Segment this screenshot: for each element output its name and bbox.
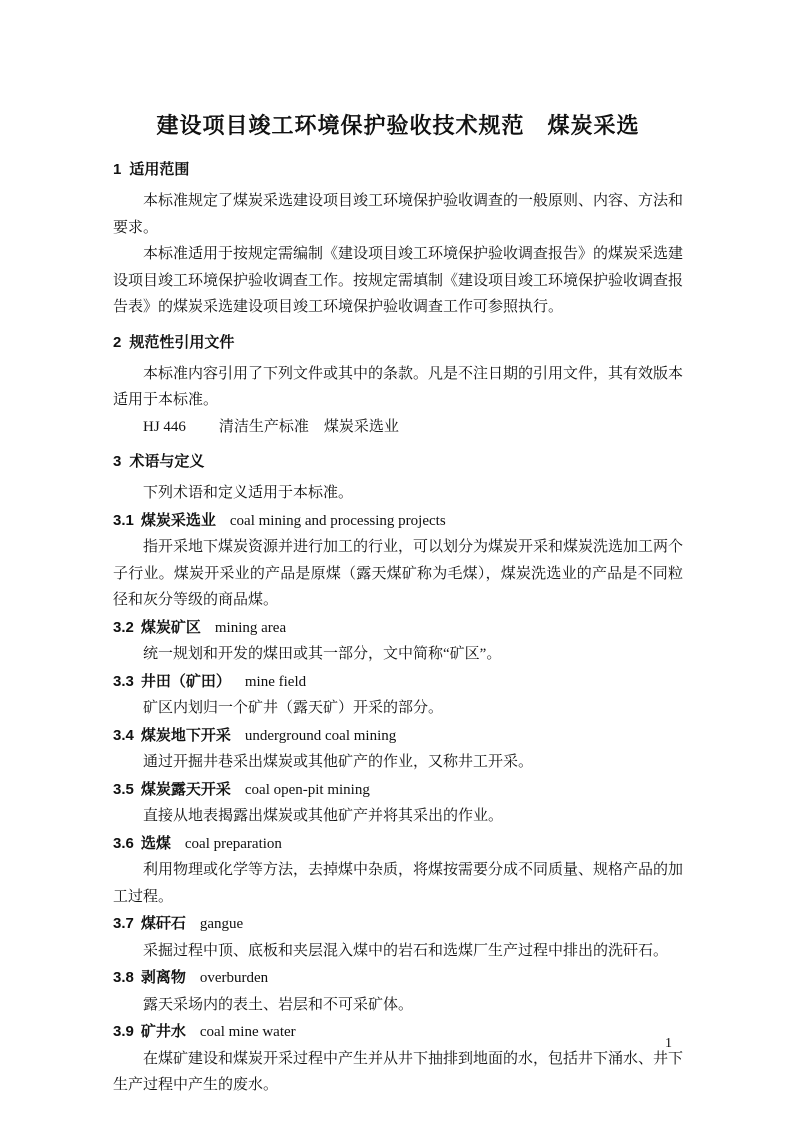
term-heading: 3.3井田（矿田）mine field bbox=[113, 669, 683, 696]
term-number: 3.9 bbox=[113, 1023, 134, 1040]
section-2-number: 2 bbox=[113, 334, 121, 351]
term-definition: 直接从地表揭露出煤炭或其他矿产并将其采出的作业。 bbox=[113, 803, 683, 830]
term-number: 3.4 bbox=[113, 727, 134, 744]
section-1-heading: 1适用范围 bbox=[113, 157, 683, 183]
term-definition: 利用物理或化学等方法，去掉煤中杂质，将煤按需要分成不同质量、规格产品的加工过程。 bbox=[113, 857, 683, 910]
term-en-label: overburden bbox=[200, 970, 268, 986]
reference-code: HJ 446 bbox=[143, 419, 186, 435]
term-definition: 采掘过程中顶、底板和夹层混入煤中的岩石和选煤厂生产过程中排出的洗矸石。 bbox=[113, 938, 683, 965]
term-number: 3.8 bbox=[113, 969, 134, 986]
term-definition: 统一规划和开发的煤田或其一部分，文中简称“矿区”。 bbox=[113, 641, 683, 668]
section-3-heading: 3术语与定义 bbox=[113, 449, 683, 475]
term-zh-label: 剥离物 bbox=[141, 969, 186, 986]
term-zh-label: 矿井水 bbox=[141, 1023, 186, 1040]
term-heading: 3.6选煤coal preparation bbox=[113, 831, 683, 858]
term-zh-label: 选煤 bbox=[141, 835, 171, 852]
reference-line: HJ 446清洁生产标准 煤炭采选业 bbox=[113, 414, 683, 441]
term-definition: 露天采场内的表土、岩层和不可采矿体。 bbox=[113, 992, 683, 1019]
reference-title: 清洁生产标准 煤炭采选业 bbox=[219, 419, 399, 435]
section-3-number: 3 bbox=[113, 453, 121, 470]
document-page: 建设项目竣工环境保护验收技术规范 煤炭采选 1适用范围 本标准规定了煤炭采选建设… bbox=[0, 0, 794, 1123]
term-zh-label: 煤炭露天开采 bbox=[141, 781, 231, 798]
term-definition: 指开采地下煤炭资源并进行加工的行业，可以划分为煤炭开采和煤炭洗选加工两个子行业。… bbox=[113, 534, 683, 614]
term-heading: 3.8剥离物overburden bbox=[113, 965, 683, 992]
document-content: 建设项目竣工环境保护验收技术规范 煤炭采选 1适用范围 本标准规定了煤炭采选建设… bbox=[113, 0, 683, 1099]
doc-title: 建设项目竣工环境保护验收技术规范 煤炭采选 bbox=[113, 112, 683, 140]
term-definition: 在煤矿建设和煤炭开采过程中产生并从井下抽排到地面的水，包括井下涌水、井下生产过程… bbox=[113, 1046, 683, 1099]
term-heading: 3.1煤炭采选业coal mining and processing proje… bbox=[113, 508, 683, 535]
page-number: 1 bbox=[665, 1036, 672, 1052]
term-definition: 矿区内划归一个矿井（露天矿）开采的部分。 bbox=[113, 695, 683, 722]
term-en-label: mine field bbox=[245, 674, 306, 690]
term-heading: 3.5煤炭露天开采coal open-pit mining bbox=[113, 777, 683, 804]
term-zh-label: 煤炭地下开采 bbox=[141, 727, 231, 744]
section-1-paragraph-1: 本标准规定了煤炭采选建设项目竣工环境保护验收调查的一般原则、内容、方法和要求。 bbox=[113, 188, 683, 241]
term-heading: 3.4煤炭地下开采underground coal mining bbox=[113, 723, 683, 750]
term-en-label: coal mine water bbox=[200, 1024, 296, 1040]
section-1-paragraph-2: 本标准适用于按规定需编制《建设项目竣工环境保护验收调查报告》的煤炭采选建设项目竣… bbox=[113, 241, 683, 321]
section-3-intro: 下列术语和定义适用于本标准。 bbox=[113, 480, 683, 507]
term-number: 3.5 bbox=[113, 781, 134, 798]
term-number: 3.1 bbox=[113, 512, 134, 529]
term-en-label: underground coal mining bbox=[245, 728, 396, 744]
term-en-label: mining area bbox=[215, 620, 286, 636]
term-zh-label: 煤矸石 bbox=[141, 915, 186, 932]
term-number: 3.7 bbox=[113, 915, 134, 932]
term-number: 3.2 bbox=[113, 619, 134, 636]
term-number: 3.3 bbox=[113, 673, 134, 690]
term-number: 3.6 bbox=[113, 835, 134, 852]
term-en-label: gangue bbox=[200, 916, 243, 932]
section-2-title: 规范性引用文件 bbox=[129, 334, 234, 351]
term-zh-label: 煤炭矿区 bbox=[141, 619, 201, 636]
term-heading: 3.7煤矸石gangue bbox=[113, 911, 683, 938]
section-3-title: 术语与定义 bbox=[129, 453, 204, 470]
term-definition: 通过开掘井巷采出煤炭或其他矿产的作业，又称井工开采。 bbox=[113, 749, 683, 776]
section-1-title: 适用范围 bbox=[129, 161, 189, 178]
term-heading: 3.2煤炭矿区mining area bbox=[113, 615, 683, 642]
term-heading: 3.9矿井水coal mine water bbox=[113, 1019, 683, 1046]
term-en-label: coal preparation bbox=[185, 836, 282, 852]
section-1-number: 1 bbox=[113, 161, 121, 178]
term-en-label: coal open-pit mining bbox=[245, 782, 370, 798]
term-zh-label: 煤炭采选业 bbox=[141, 512, 216, 529]
term-zh-label: 井田（矿田） bbox=[141, 673, 231, 690]
section-2-paragraph-1: 本标准内容引用了下列文件或其中的条款。凡是不注日期的引用文件，其有效版本适用于本… bbox=[113, 361, 683, 414]
section-2-heading: 2规范性引用文件 bbox=[113, 330, 683, 356]
term-en-label: coal mining and processing projects bbox=[230, 513, 446, 529]
